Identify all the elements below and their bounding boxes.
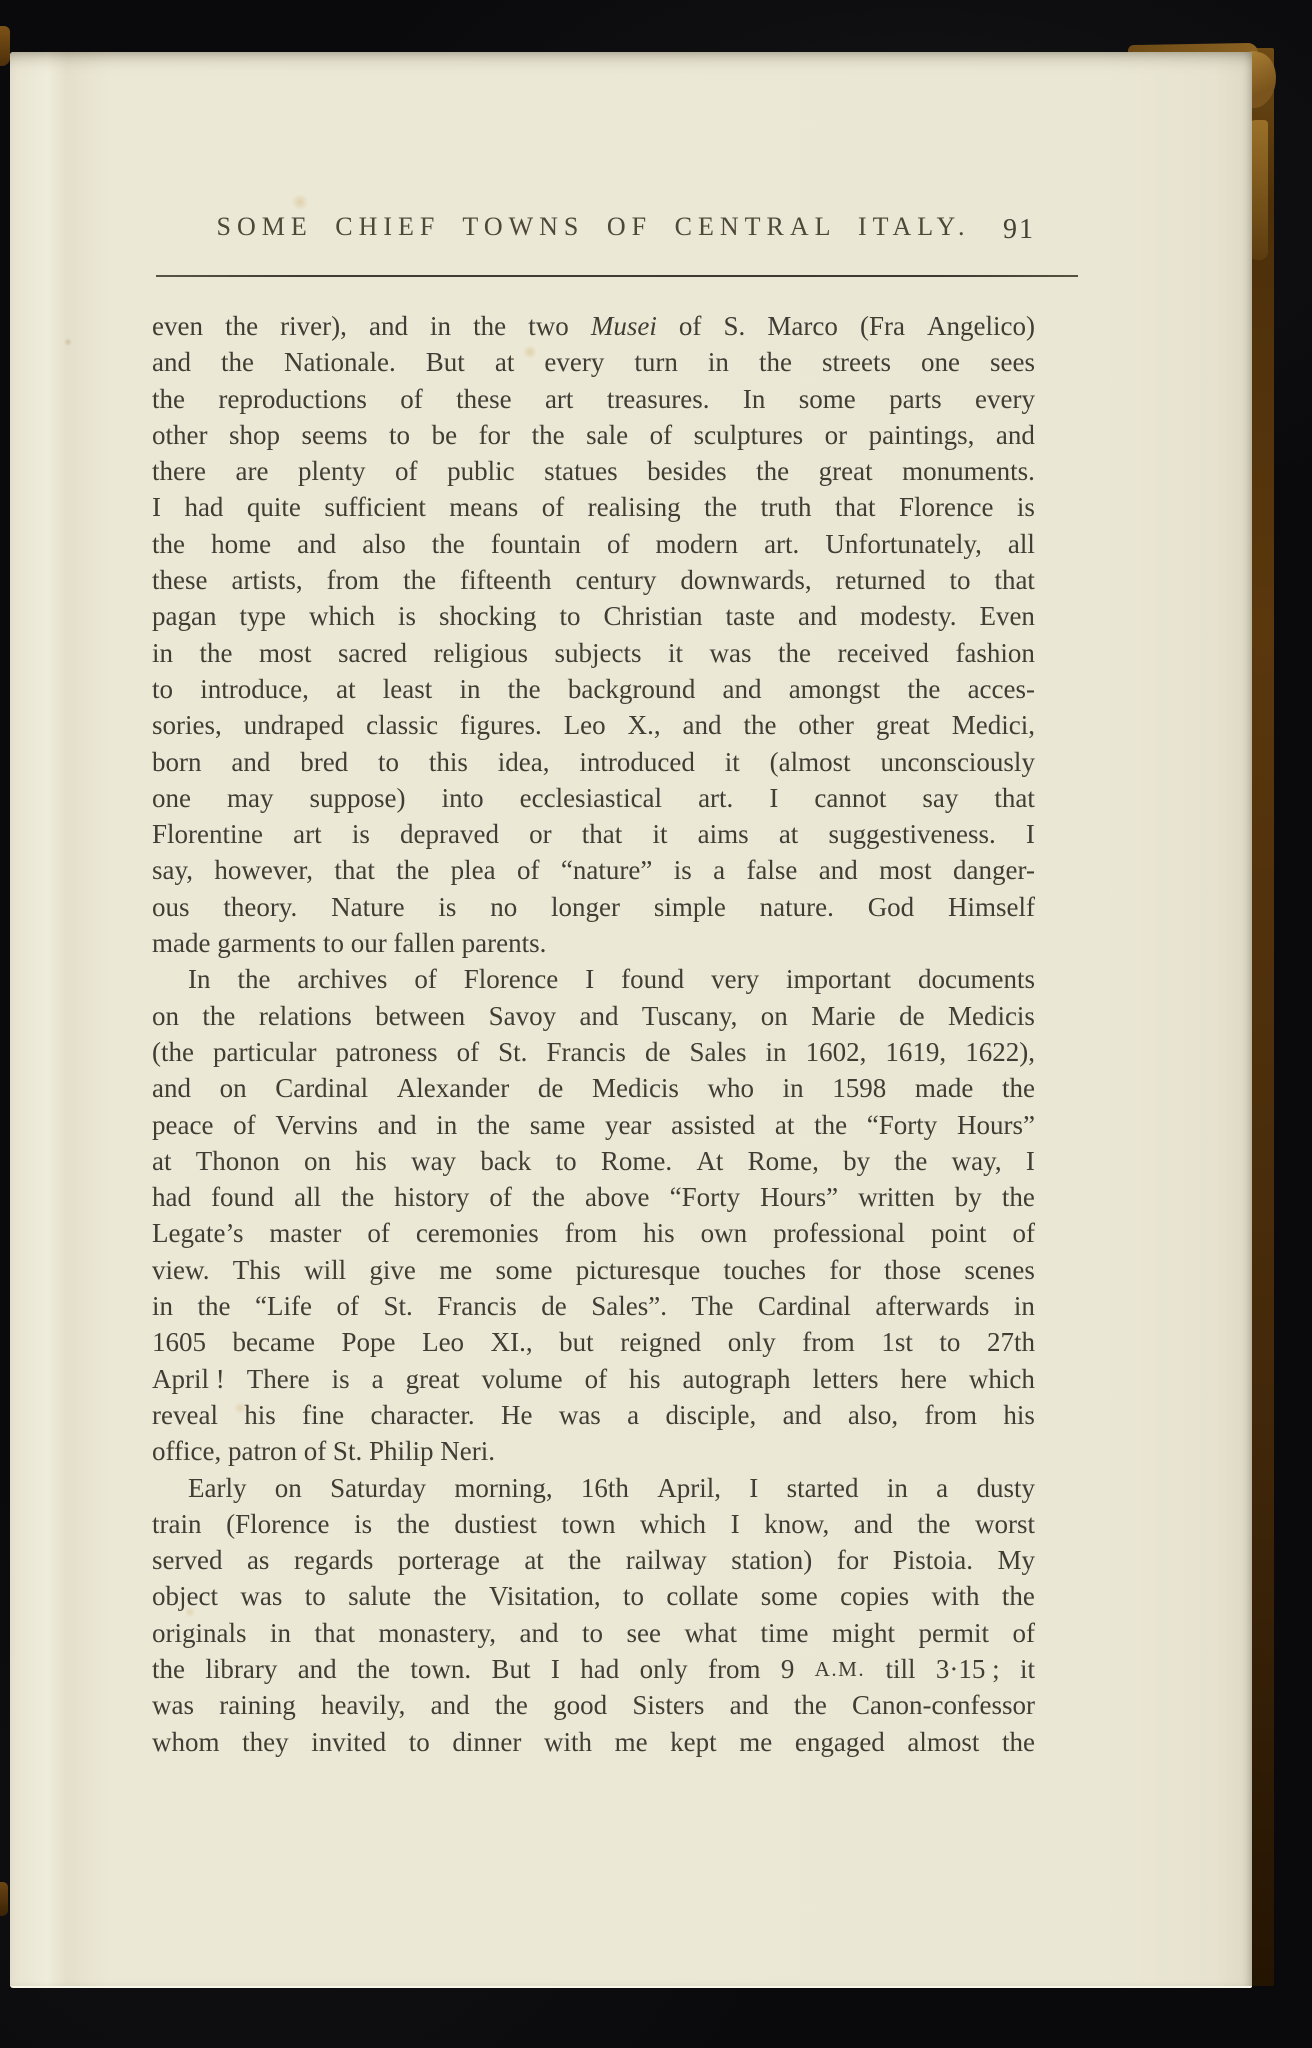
text-line: othershopseemstobeforthesaleofsculptures… — [152, 417, 1035, 453]
text-line: revealhisfinecharacter.Hewasadisciple,an… — [152, 1397, 1035, 1433]
text-line: whomtheyinvitedtodinnerwithmekeptmeengag… — [152, 1724, 1035, 1760]
binding-fragment — [0, 1882, 8, 1916]
text-line: Legate’smasterofceremoniesfromhisownprof… — [152, 1215, 1035, 1251]
text-line: objectwastosalutetheVisitation,tocollate… — [152, 1578, 1035, 1614]
text-line: originalsinthatmonastery,andtoseewhattim… — [152, 1615, 1035, 1651]
text-line: view.Thiswillgivemesomepicturesquetouche… — [152, 1252, 1035, 1288]
page-number: 91 — [1003, 214, 1035, 246]
text-line: tointroduce,atleastinthebackgroundandamo… — [152, 671, 1035, 707]
text-line: inthe“LifeofSt.FrancisdeSales”.TheCardin… — [152, 1288, 1035, 1324]
text-line: April !Thereisagreatvolumeofhisautograph… — [152, 1361, 1035, 1397]
text-line: say,however,thatthepleaof“nature”isafals… — [152, 852, 1035, 888]
text-line: made garments to our fallen parents. — [152, 925, 1035, 961]
header-rule — [156, 275, 1078, 277]
text-line: andtheNationale.Butateveryturninthestree… — [152, 344, 1035, 380]
book-photograph: SOME CHIEF TOWNS OF CENTRAL ITALY. 91 ev… — [0, 0, 1312, 2048]
text-line: bornandbredtothisidea,introducedit(almos… — [152, 744, 1035, 780]
text-line: theseartists,fromthefifteenthcenturydown… — [152, 562, 1035, 598]
text-line: EarlyonSaturdaymorning,16thApril,Istarte… — [152, 1470, 1035, 1506]
text-line: wasrainingheavily,andthegoodSistersandth… — [152, 1687, 1035, 1723]
text-line: peaceofVervinsandinthesameyearassistedat… — [152, 1107, 1035, 1143]
text-line: Ihadquitesufficientmeansofrealisingthetr… — [152, 489, 1035, 525]
text-line: thehomeandalsothefountainofmodernart.Unf… — [152, 526, 1035, 562]
text-line: thereproductionsofthesearttreasures.Inso… — [152, 381, 1035, 417]
running-header: SOME CHIEF TOWNS OF CENTRAL ITALY. 91 — [152, 212, 1035, 252]
text-line: thelibraryandthetown.ButIhadonlyfrom9A.M… — [152, 1651, 1035, 1687]
text-line: servedasregardsporterageattherailwaystat… — [152, 1542, 1035, 1578]
text-line: eventheriver),andinthetwoMuseiofS.Marco(… — [152, 308, 1035, 344]
running-header-title: SOME CHIEF TOWNS OF CENTRAL ITALY. — [152, 212, 1035, 242]
text-line: hadfoundallthehistoryoftheabove“FortyHou… — [152, 1179, 1035, 1215]
text-line: (theparticularpatronessofSt.FrancisdeSal… — [152, 1034, 1035, 1070]
text-line: atThonononhiswaybacktoRome.AtRome,bythew… — [152, 1143, 1035, 1179]
text-line: oustheory.Natureisnolongersimplenature.G… — [152, 889, 1035, 925]
text-line: thereareplentyofpublicstatuesbesidestheg… — [152, 453, 1035, 489]
binding-fragment — [0, 26, 10, 66]
text-line: office, patron of St. Philip Neri. — [152, 1433, 1035, 1469]
book-page: SOME CHIEF TOWNS OF CENTRAL ITALY. 91 ev… — [10, 52, 1252, 1988]
text-line: train(FlorenceisthedustiesttownwhichIkno… — [152, 1506, 1035, 1542]
text-line: sories,undrapedclassicfigures.LeoX.,andt… — [152, 707, 1035, 743]
text-line: ontherelationsbetweenSavoyandTuscany,onM… — [152, 998, 1035, 1034]
text-line: pagantypewhichisshockingtoChristiantaste… — [152, 598, 1035, 634]
text-line: onemaysuppose)intoecclesiasticalart.Ican… — [152, 780, 1035, 816]
text-line: 1605becamePopeLeoXI.,butreignedonlyfrom1… — [152, 1324, 1035, 1360]
text-line: InthearchivesofFlorenceIfoundveryimporta… — [152, 961, 1035, 997]
body-text: eventheriver),andinthetwoMuseiofS.Marco(… — [152, 308, 1035, 1760]
text-line: inthemostsacredreligioussubjectsitwasthe… — [152, 635, 1035, 671]
text-line: Florentineartisdepravedorthatitaimsatsug… — [152, 816, 1035, 852]
text-line: andonCardinalAlexanderdeMediciswhoin1598… — [152, 1070, 1035, 1106]
